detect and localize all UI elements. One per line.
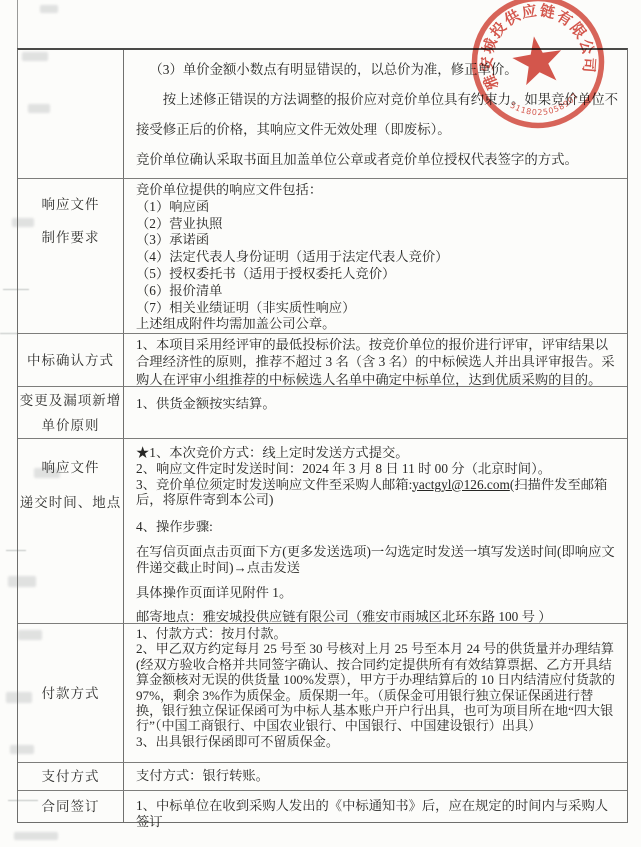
table-row-correction-rules: （3）单价金额小数点有明显错误的，以总价为准，修正单价。 按上述修正错误的方法调… (18, 50, 627, 178)
row-content: 1、本项目采用经评审的最低投标价法。按竞价单位的报价进行评审，评审结果以合理经济… (124, 334, 627, 386)
paragraph: （2）营业执照 (136, 216, 619, 233)
scanned-document-page: （3）单价金额小数点有明显错误的，以总价为准，修正单价。 按上述修正错误的方法调… (0, 0, 641, 847)
row-content: 竞价单位提供的响应文件包括： （1）响应函 （2）营业执照 （3）承诺函 （4）… (124, 179, 627, 333)
row-label: 合同签订 (18, 791, 124, 822)
scan-artifact (0, 333, 18, 334)
paragraph: 在写信页面点击页面下方(更多发送选项)一勾选定时发送一填写发送时间(即响应文件递… (136, 544, 619, 576)
terms-table: （3）单价金额小数点有明显错误的，以总价为准，修正单价。 按上述修正错误的方法调… (17, 48, 628, 823)
row-label: 支付方式 (18, 763, 124, 790)
row-label-line: 单价原则 (42, 413, 100, 438)
table-row-contract-signing: 合同签订 1、中标单位在收到采购人发出的《中标通知书》后，应在规定的时间内与采购… (18, 790, 627, 822)
table-row-change-pricing-principle: 变更及漏项新增 单价原则 1、供货金额按实结算。 (18, 386, 627, 438)
table-row-submission-time-place: 响应文件 递交时间、地点 ★1、本次竞价方式：线上定时发送方式提交。 2、响应文… (18, 438, 627, 623)
row-label-line: 合同签订 (42, 794, 100, 819)
row-label-line: 递交时间、地点 (20, 485, 122, 520)
paragraph: 3、出具银行保函即可不留质保金。 (136, 734, 619, 749)
row-content: 1、供货金额按实结算。 (124, 387, 627, 438)
table-row-award-confirmation: 中标确认方式 1、本项目采用经评审的最低投标价法。按竞价单位的报价进行评审，评审… (18, 333, 627, 386)
row-content: 1、中标单位在收到采购人发出的《中标通知书》后，应在规定的时间内与采购人签订 (124, 791, 627, 822)
paragraph: 3、竞价单位须定时发送响应文件至采购人邮箱:yactgyl@126.com(扫描… (136, 477, 619, 509)
row-label-line: 响应文件 (42, 188, 100, 221)
row-content: （3）单价金额小数点有明显错误的，以总价为准，修正单价。 按上述修正错误的方法调… (124, 50, 627, 178)
paragraph: （1）响应函 (136, 199, 619, 216)
paragraph: 支付方式：银行转账。 (136, 768, 619, 784)
paragraph: 1、供货金额按实结算。 (136, 396, 619, 412)
paragraph: 4、操作步骤: (136, 519, 619, 535)
email-link[interactable]: yactgyl@126.com (412, 477, 510, 492)
row-label-empty (18, 50, 124, 178)
table-row-response-doc-requirements: 响应文件 制作要求 竞价单位提供的响应文件包括： （1）响应函 （2）营业执照 … (18, 178, 627, 333)
paragraph: （6）报价清单 (136, 283, 619, 300)
paragraph: ★1、本次竞价方式：线上定时发送方式提交。 (136, 445, 619, 461)
row-content: 支付方式：银行转账。 (124, 763, 627, 790)
scan-artifact (40, 5, 58, 13)
row-content: 1、付款方式：按月付款。 2、甲乙双方约定每月 25 号至 30 号核对上月 2… (124, 624, 627, 762)
paragraph: （3）承诺函 (136, 232, 619, 249)
paragraph: 1、本项目采用经评审的最低投标价法。按竞价单位的报价进行评审，评审结果以合理经济… (136, 336, 619, 388)
row-label: 响应文件 制作要求 (18, 179, 124, 333)
paragraph-text: 3、竞价单位须定时发送响应文件至采购人邮箱: (136, 477, 412, 492)
row-label-line: 支付方式 (42, 764, 100, 789)
table-row-payment-method: 支付方式 支付方式：银行转账。 (18, 762, 627, 790)
paragraph: （7）相关业绩证明（非实质性响应） (136, 300, 619, 317)
page-edge-line (17, 0, 18, 49)
paragraph: （4）法定代表人身份证明（适用于法定代表人竞价） (136, 249, 619, 266)
paragraph: 上述组成附件均需加盖公司公章。 (136, 316, 619, 333)
paragraph: 2、甲乙双方约定每月 25 号至 30 号核对上月 25 号至本月 24 号的供… (136, 641, 619, 733)
row-label-line: 变更及漏项新增 (20, 388, 122, 413)
paragraph: 1、中标单位在收到采购人发出的《中标通知书》后，应在规定的时间内与采购人签订 (136, 798, 619, 830)
paragraph: 竞价单位提供的响应文件包括： (136, 182, 619, 199)
table-row-payment-terms: 付款方式 1、付款方式：按月付款。 2、甲乙双方约定每月 25 号至 30 号核… (18, 623, 627, 762)
row-content: ★1、本次竞价方式：线上定时发送方式提交。 2、响应文件定时发送时间：2024 … (124, 439, 627, 623)
paragraph: 具体操作页面详见附件 1。 (136, 585, 619, 601)
row-label-line: 制作要求 (42, 221, 100, 254)
row-label: 中标确认方式 (18, 334, 124, 386)
scan-artifact (14, 832, 58, 840)
paragraph: 竞价单位确认采取书面且加盖单位公章或者竞价单位授权代表签字的方式。 (136, 145, 619, 175)
row-label-line: 响应文件 (42, 450, 100, 485)
row-label-line: 中标确认方式 (27, 348, 114, 373)
paragraph: （5）授权委托书（适用于授权委托人竞价） (136, 266, 619, 283)
row-label: 付款方式 (18, 624, 124, 762)
paragraph: 1、付款方式：按月付款。 (136, 626, 619, 641)
row-label: 响应文件 递交时间、地点 (18, 439, 124, 623)
paragraph: 邮寄地点：雅安城投供应链有限公司（雅安市雨城区北环东路 100 号 ） (136, 609, 619, 625)
paragraph: 2、响应文件定时发送时间：2024 年 3 月 8 日 11 时 00 分（北京… (136, 461, 619, 477)
row-label-line: 付款方式 (42, 681, 100, 706)
paragraph: 按上述修正错误的方法调整的报价应对竞价单位具有约束力。如果竞价单位不接受修正后的… (136, 85, 619, 145)
row-label: 变更及漏项新增 单价原则 (18, 387, 124, 438)
paragraph: （3）单价金额小数点有明显错误的，以总价为准，修正单价。 (136, 55, 619, 85)
